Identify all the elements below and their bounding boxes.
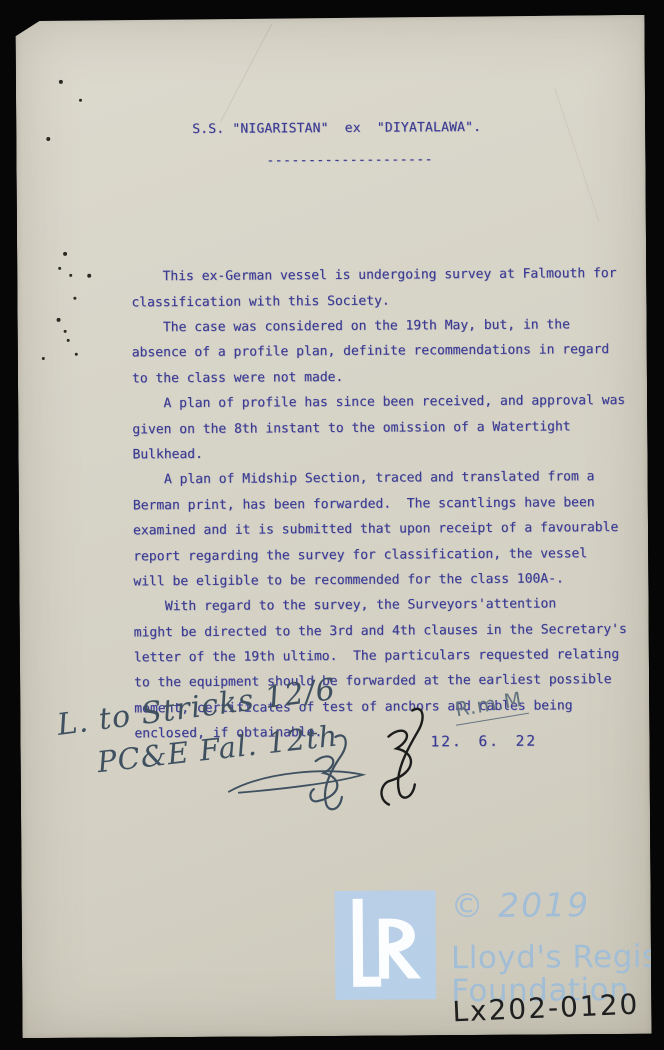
initials-paraph-black [372, 702, 435, 812]
paper-speck [46, 137, 50, 141]
handwritten-reference-code: Lx202-0120 [452, 988, 640, 1029]
typed-line: might be directed to the 3rd and 4th cla… [134, 617, 639, 646]
typed-line: This ex-German vessel is undergoing surv… [131, 261, 636, 290]
paper-speck [87, 274, 91, 278]
paper-speck [63, 252, 67, 256]
initials-paraph-blue [301, 727, 356, 819]
paper-speck [64, 330, 67, 333]
typed-line: Berman print, has been forwarded. The sc… [133, 490, 638, 519]
typed-line: classification with this Society. [131, 286, 636, 315]
typed-line: Bulkhead. [132, 439, 637, 468]
watermark-org-line1: Lloyd's Register [451, 938, 652, 976]
paper-speck [57, 318, 61, 322]
typed-date: 12. 6. 22 [430, 734, 537, 751]
scanned-page-photo: S.S. "NIGARISTAN" ex "DIYATALAWA". -----… [0, 0, 664, 1050]
document-paper: S.S. "NIGARISTAN" ex "DIYATALAWA". -----… [15, 15, 651, 1038]
document-body: This ex-German vessel is undergoing surv… [131, 185, 640, 747]
paper-speck [69, 274, 72, 277]
typed-line: given on the 8th instant to the omission… [132, 413, 637, 442]
typed-line: letter of the 19th ultimo. The particula… [134, 642, 639, 671]
paper-speck [42, 357, 45, 360]
typed-line: absence of a profile plan, definite reco… [132, 337, 637, 366]
document-title: S.S. "NIGARISTAN" ex "DIYATALAWA". [192, 120, 481, 137]
typed-line: The case was considered on the 19th May,… [132, 312, 637, 341]
title-underline-dashes: -------------------- [266, 152, 433, 168]
paper-speck [75, 353, 78, 356]
typed-line: With regard to the survey, the Surveyors… [133, 591, 638, 620]
typed-line: examined and it is submitted that upon r… [133, 515, 638, 544]
typed-line: report regarding the survey for classifi… [133, 540, 638, 569]
typed-line: A plan of profile has since been receive… [132, 388, 637, 417]
paper-speck [58, 267, 61, 270]
typed-line: will be eligible to be recommended for t… [133, 566, 638, 595]
paper-speck [73, 297, 76, 300]
typed-line: A plan of Midship Section, traced and tr… [133, 464, 638, 493]
paper-speck [79, 99, 82, 102]
paper-crease [220, 24, 272, 122]
lloyds-register-logo [335, 890, 437, 1000]
watermark-copyright: © 2019 [451, 885, 591, 925]
paper-speck [67, 339, 70, 342]
typed-line: to the class were not made. [132, 363, 637, 392]
paper-speck [59, 80, 63, 84]
